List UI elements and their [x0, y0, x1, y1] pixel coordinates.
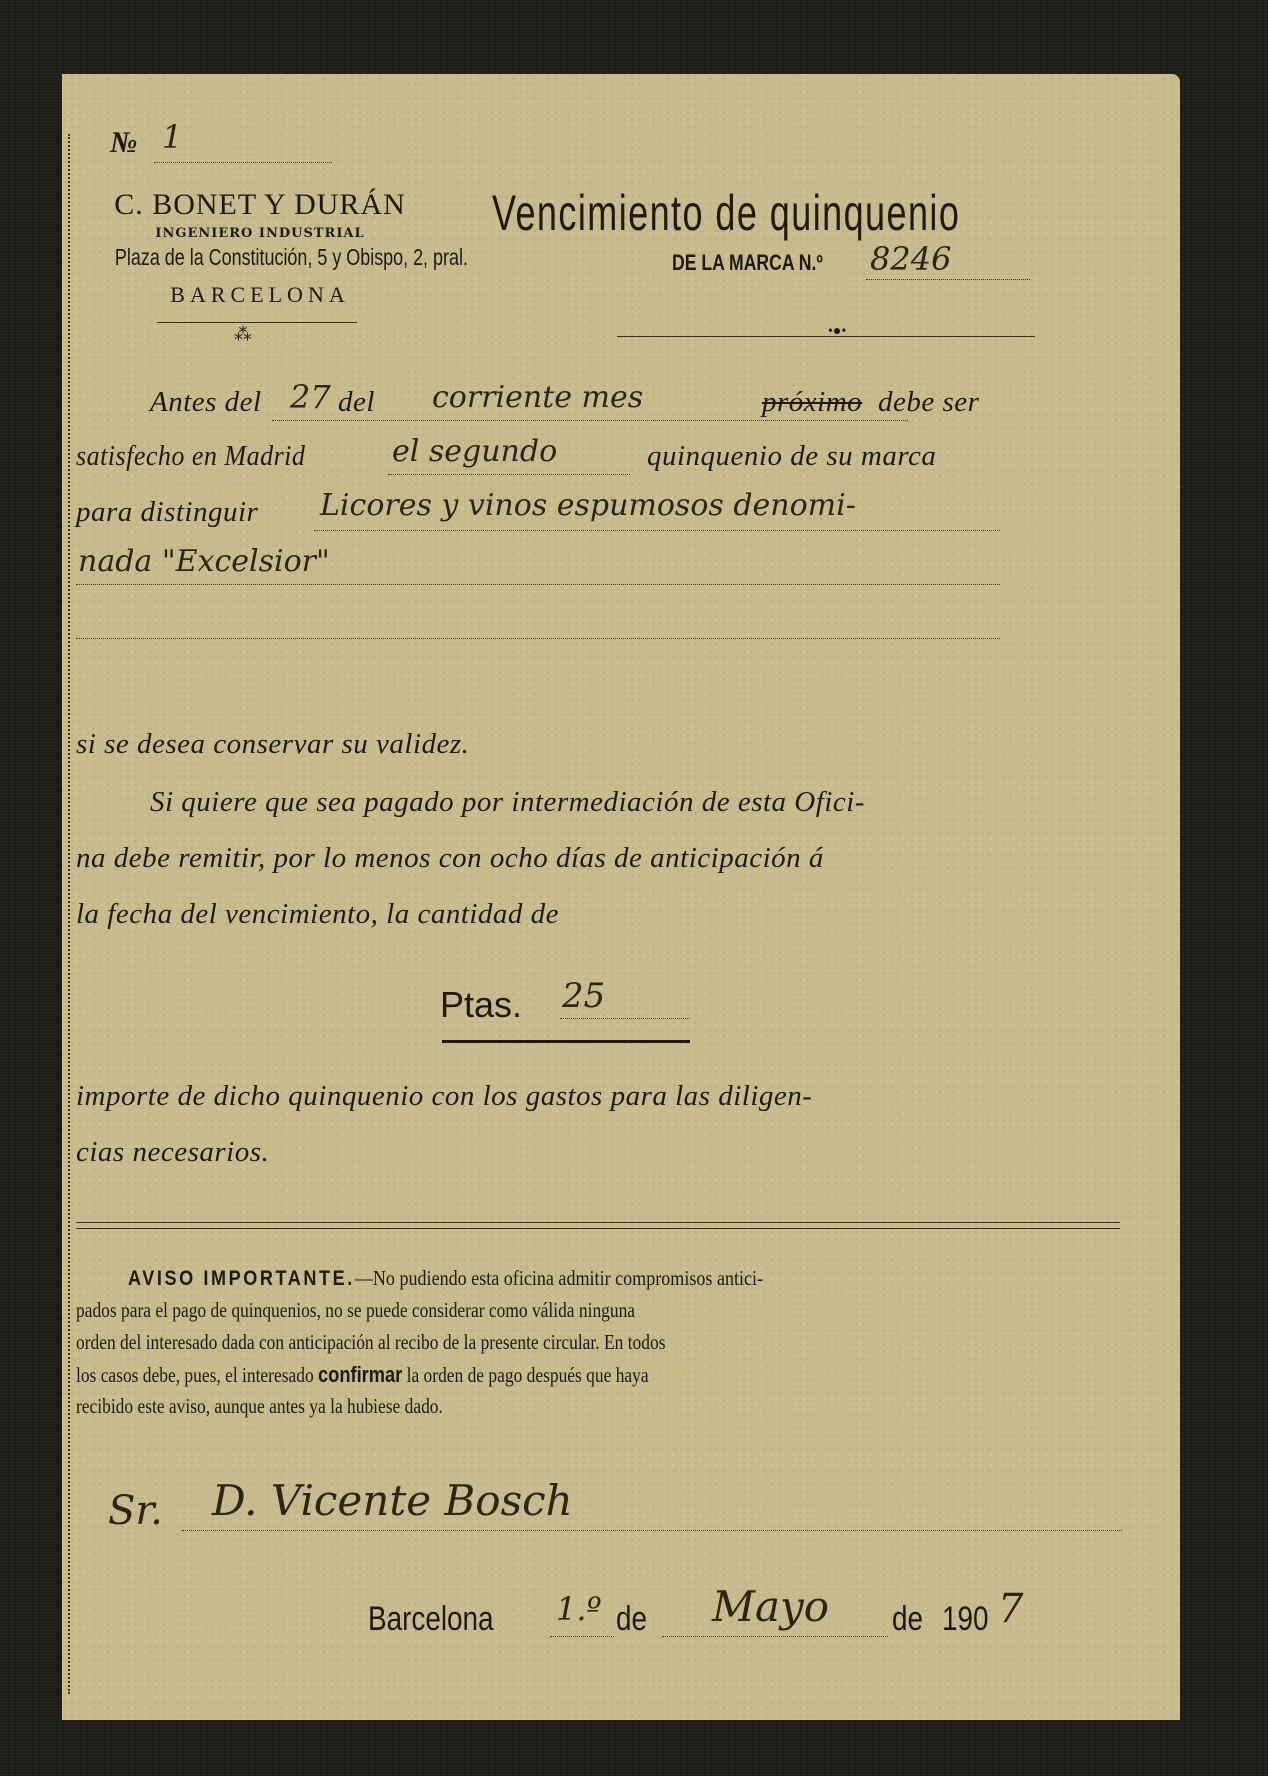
product-description-1: Licores y vinos espumosos denomi- — [320, 488, 856, 523]
body-line1-del: del — [338, 386, 375, 419]
notice-line2: pados para el pago de quinquenios, no se… — [76, 1298, 1114, 1323]
recipient-prefix: Sr. — [108, 1488, 163, 1534]
notice-line4: los casos debe, pues, el interesado conf… — [76, 1362, 649, 1388]
notice-emphasis: confirmar — [318, 1362, 402, 1387]
body-line8: na debe remitir, por lo menos con ocho d… — [76, 842, 824, 875]
notice-text-1: —No pudiendo esta oficina admitir compro… — [355, 1266, 763, 1290]
date-de-2: de — [892, 1600, 923, 1639]
number-label: № — [110, 126, 137, 160]
line1-dots — [272, 420, 908, 421]
notice-line3: orden del interesado dada con anticipaci… — [76, 1330, 665, 1355]
ptas-underline — [442, 1040, 690, 1043]
quinquenio-ordinal: el segundo — [392, 434, 557, 469]
notice-rule-top — [76, 1222, 1120, 1223]
line5-dots — [76, 638, 1000, 639]
struck-word: próximo — [762, 386, 862, 419]
header-divider — [157, 322, 357, 323]
line3-dots — [314, 530, 1000, 531]
body-line9: la fecha del vencimiento, la cantidad de — [76, 898, 559, 931]
due-month: corriente mes — [432, 380, 643, 415]
title-divider — [617, 336, 1035, 337]
marca-label: DE LA MARCA N.º — [672, 250, 823, 276]
line2-dots — [388, 474, 630, 475]
number-line — [154, 162, 332, 163]
company-city: BARCELONA — [100, 282, 420, 308]
date-de-1: de — [616, 1600, 647, 1639]
ptas-amount: 25 — [562, 976, 605, 1016]
notice-rule-bottom — [76, 1228, 1120, 1229]
perforated-edge — [56, 124, 68, 1704]
number-value: 1 — [162, 118, 182, 156]
notice-text-4a: los casos debe, pues, el interesado — [76, 1363, 318, 1387]
notice-text-4c: la orden de pago después que haya — [402, 1363, 648, 1387]
document-title: Vencimiento de quinquenio — [492, 184, 960, 242]
date-year-printed: 190 — [942, 1600, 989, 1639]
body-line11: cias necesarios. — [76, 1136, 269, 1169]
company-profession: INGENIERO INDUSTRIAL — [100, 226, 420, 241]
notice-heading: AVISO IMPORTANTE. — [128, 1267, 355, 1290]
ornament-icon: ⁂ — [234, 324, 252, 345]
body-line1-suffix: debe ser — [878, 386, 979, 419]
document-paper: № 1 C. BONET Y DURÁN INGENIERO INDUSTRIA… — [62, 74, 1180, 1720]
date-year-handwritten: 7 — [998, 1586, 1023, 1632]
perforation-line — [68, 134, 72, 1694]
date-month: Mayo — [712, 1582, 829, 1631]
recipient-dots — [182, 1530, 1122, 1531]
recipient-name: D. Vicente Bosch — [212, 1476, 573, 1525]
body-line6: si se desea conservar su validez. — [76, 728, 469, 761]
body-line1-prefix: Antes del — [150, 386, 262, 419]
date-city: Barcelona — [368, 1600, 494, 1639]
body-line3-prefix: para distinguir — [76, 496, 258, 529]
body-line2-suffix: quinquenio de su marca — [647, 440, 936, 473]
company-name: C. BONET Y DURÁN — [100, 188, 420, 222]
notice-line5: recibido este aviso, aunque antes ya la … — [76, 1394, 443, 1419]
ptas-label: Ptas. — [440, 984, 522, 1026]
company-address: Plaza de la Constitución, 5 y Obispo, 2,… — [115, 244, 405, 271]
date-day: 1.º — [556, 1590, 602, 1628]
ptas-dots — [560, 1018, 690, 1019]
product-description-2: nada "Excelsior" — [78, 544, 330, 579]
body-line2-prefix: satisfecho en Madrid — [76, 440, 305, 473]
body-line7: Si quiere que sea pagado por intermediac… — [150, 786, 865, 819]
notice-line1: AVISO IMPORTANTE.—No pudiendo esta ofici… — [128, 1266, 1108, 1291]
date-month-dots — [662, 1636, 888, 1637]
date-day-dots — [550, 1636, 614, 1637]
due-day: 27 — [290, 378, 331, 416]
body-line10: importe de dicho quinquenio con los gast… — [76, 1080, 812, 1113]
line4-dots — [76, 584, 1000, 585]
divider-ornament-icon: •●• — [828, 324, 846, 340]
marca-number-line — [866, 279, 1030, 280]
marca-number: 8246 — [870, 240, 951, 278]
